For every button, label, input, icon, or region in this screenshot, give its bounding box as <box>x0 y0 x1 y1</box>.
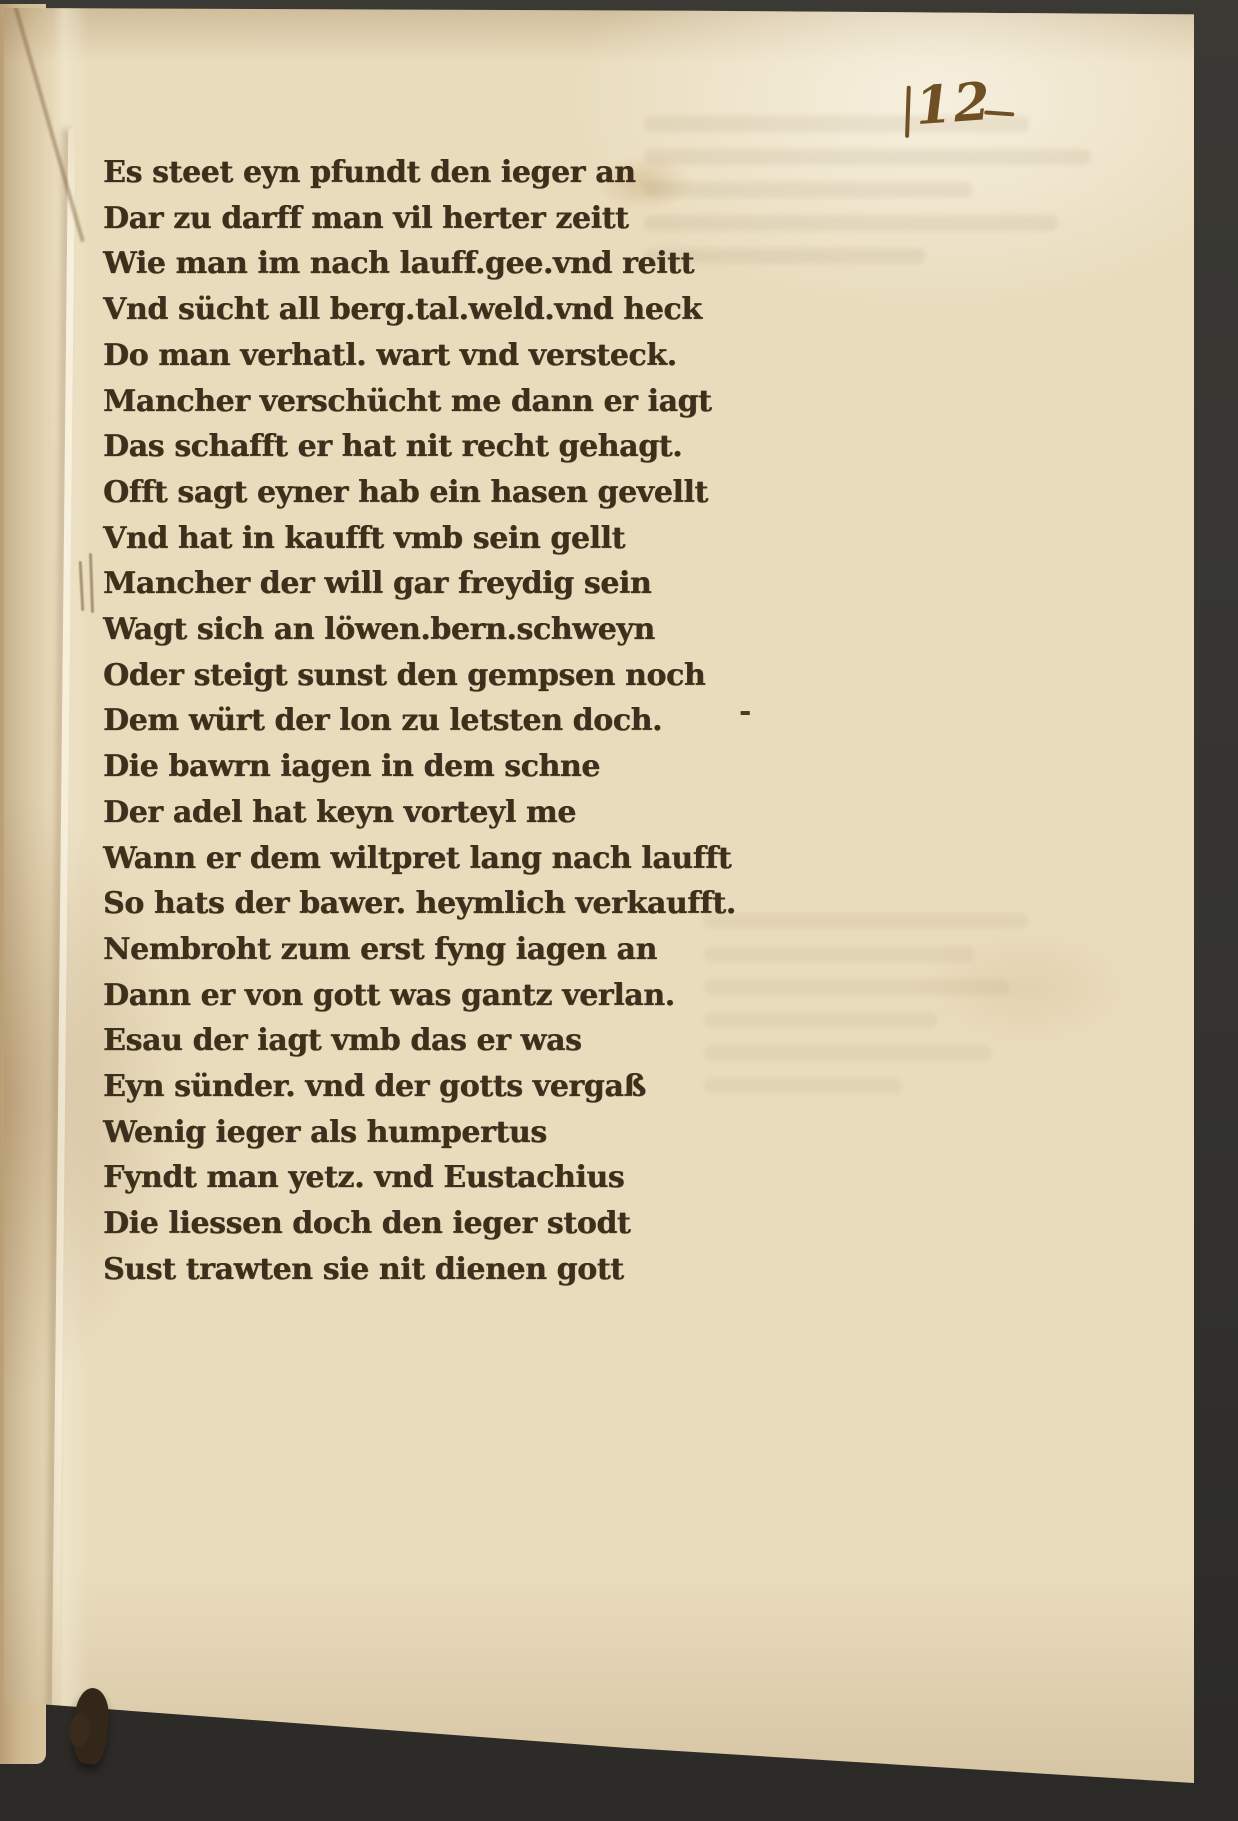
poem-line: Es steet eyn pfundt den ieger an <box>103 150 1083 196</box>
margin-dash-mark: - <box>739 694 751 729</box>
folio-prefix-stroke <box>905 86 911 138</box>
corner-fold-line <box>12 1 85 242</box>
pen-stroke <box>89 553 94 613</box>
pen-stroke <box>79 561 85 611</box>
poem-line: Das schafft er hat nit recht gehagt. <box>103 424 1083 470</box>
poem-line: Vnd sücht all berg.tal.weld.vnd heck <box>103 287 1083 333</box>
poem-line: Die bawrn iagen in dem schne <box>103 744 1083 790</box>
folio-number-text: 12 <box>914 72 994 137</box>
poem-line: Mancher der will gar freydig sein <box>103 561 1083 607</box>
poem-line: Fyndt man yetz. vnd Eustachius <box>103 1155 1083 1201</box>
poem-line: Wann er dem wiltpret lang nach laufft <box>103 836 1083 882</box>
poem-line: Der adel hat keyn vorteyl me <box>103 790 1083 836</box>
page: 12 Es steet eyn pfundt den ieger anDar z… <box>4 8 1194 1821</box>
poem-text: Es steet eyn pfundt den ieger anDar zu d… <box>103 150 1083 1293</box>
poem-line: Esau der iagt vmb das er was <box>103 1018 1083 1064</box>
poem-line: Wenig ieger als humpertus <box>103 1110 1083 1156</box>
poem-line: Offt sagt eyner hab ein hasen gevellt <box>103 470 1083 516</box>
poem-line: Sust trawten sie nit dienen gott <box>103 1247 1083 1293</box>
binding-crease <box>52 128 76 1708</box>
poem-line: Wagt sich an löwen.bern.schweyn <box>103 607 1083 653</box>
poem-line: Dann er von gott was gantz verlan. <box>103 973 1083 1019</box>
poem-line: Die liessen doch den ieger stodt <box>103 1201 1083 1247</box>
book-scan: 12 Es steet eyn pfundt den ieger anDar z… <box>0 0 1238 1821</box>
margin-pen-marks <box>78 553 102 617</box>
poem-line: Nembroht zum erst fyng iagen an <box>103 927 1083 973</box>
poem-line: Do man verhatl. wart vnd versteck. <box>103 333 1083 379</box>
poem-line: Mancher verschücht me dann er iagt <box>103 379 1083 425</box>
poem-line: Eyn sünder. vnd der gotts vergaß <box>103 1064 1083 1110</box>
poem-line: Dem würt der lon zu letsten doch. <box>103 698 1083 744</box>
folio-number: 12 <box>889 61 1035 161</box>
poem-line: Dar zu darff man vil herter zeitt <box>103 196 1083 242</box>
poem-line: Vnd hat in kaufft vmb sein gellt <box>103 516 1083 562</box>
poem-line: Wie man im nach lauff.gee.vnd reitt <box>103 241 1083 287</box>
poem-line: So hats der bawer. heymlich verkaufft. <box>103 881 1083 927</box>
poem-line: Oder steigt sunst den gempsen noch <box>103 653 1083 699</box>
